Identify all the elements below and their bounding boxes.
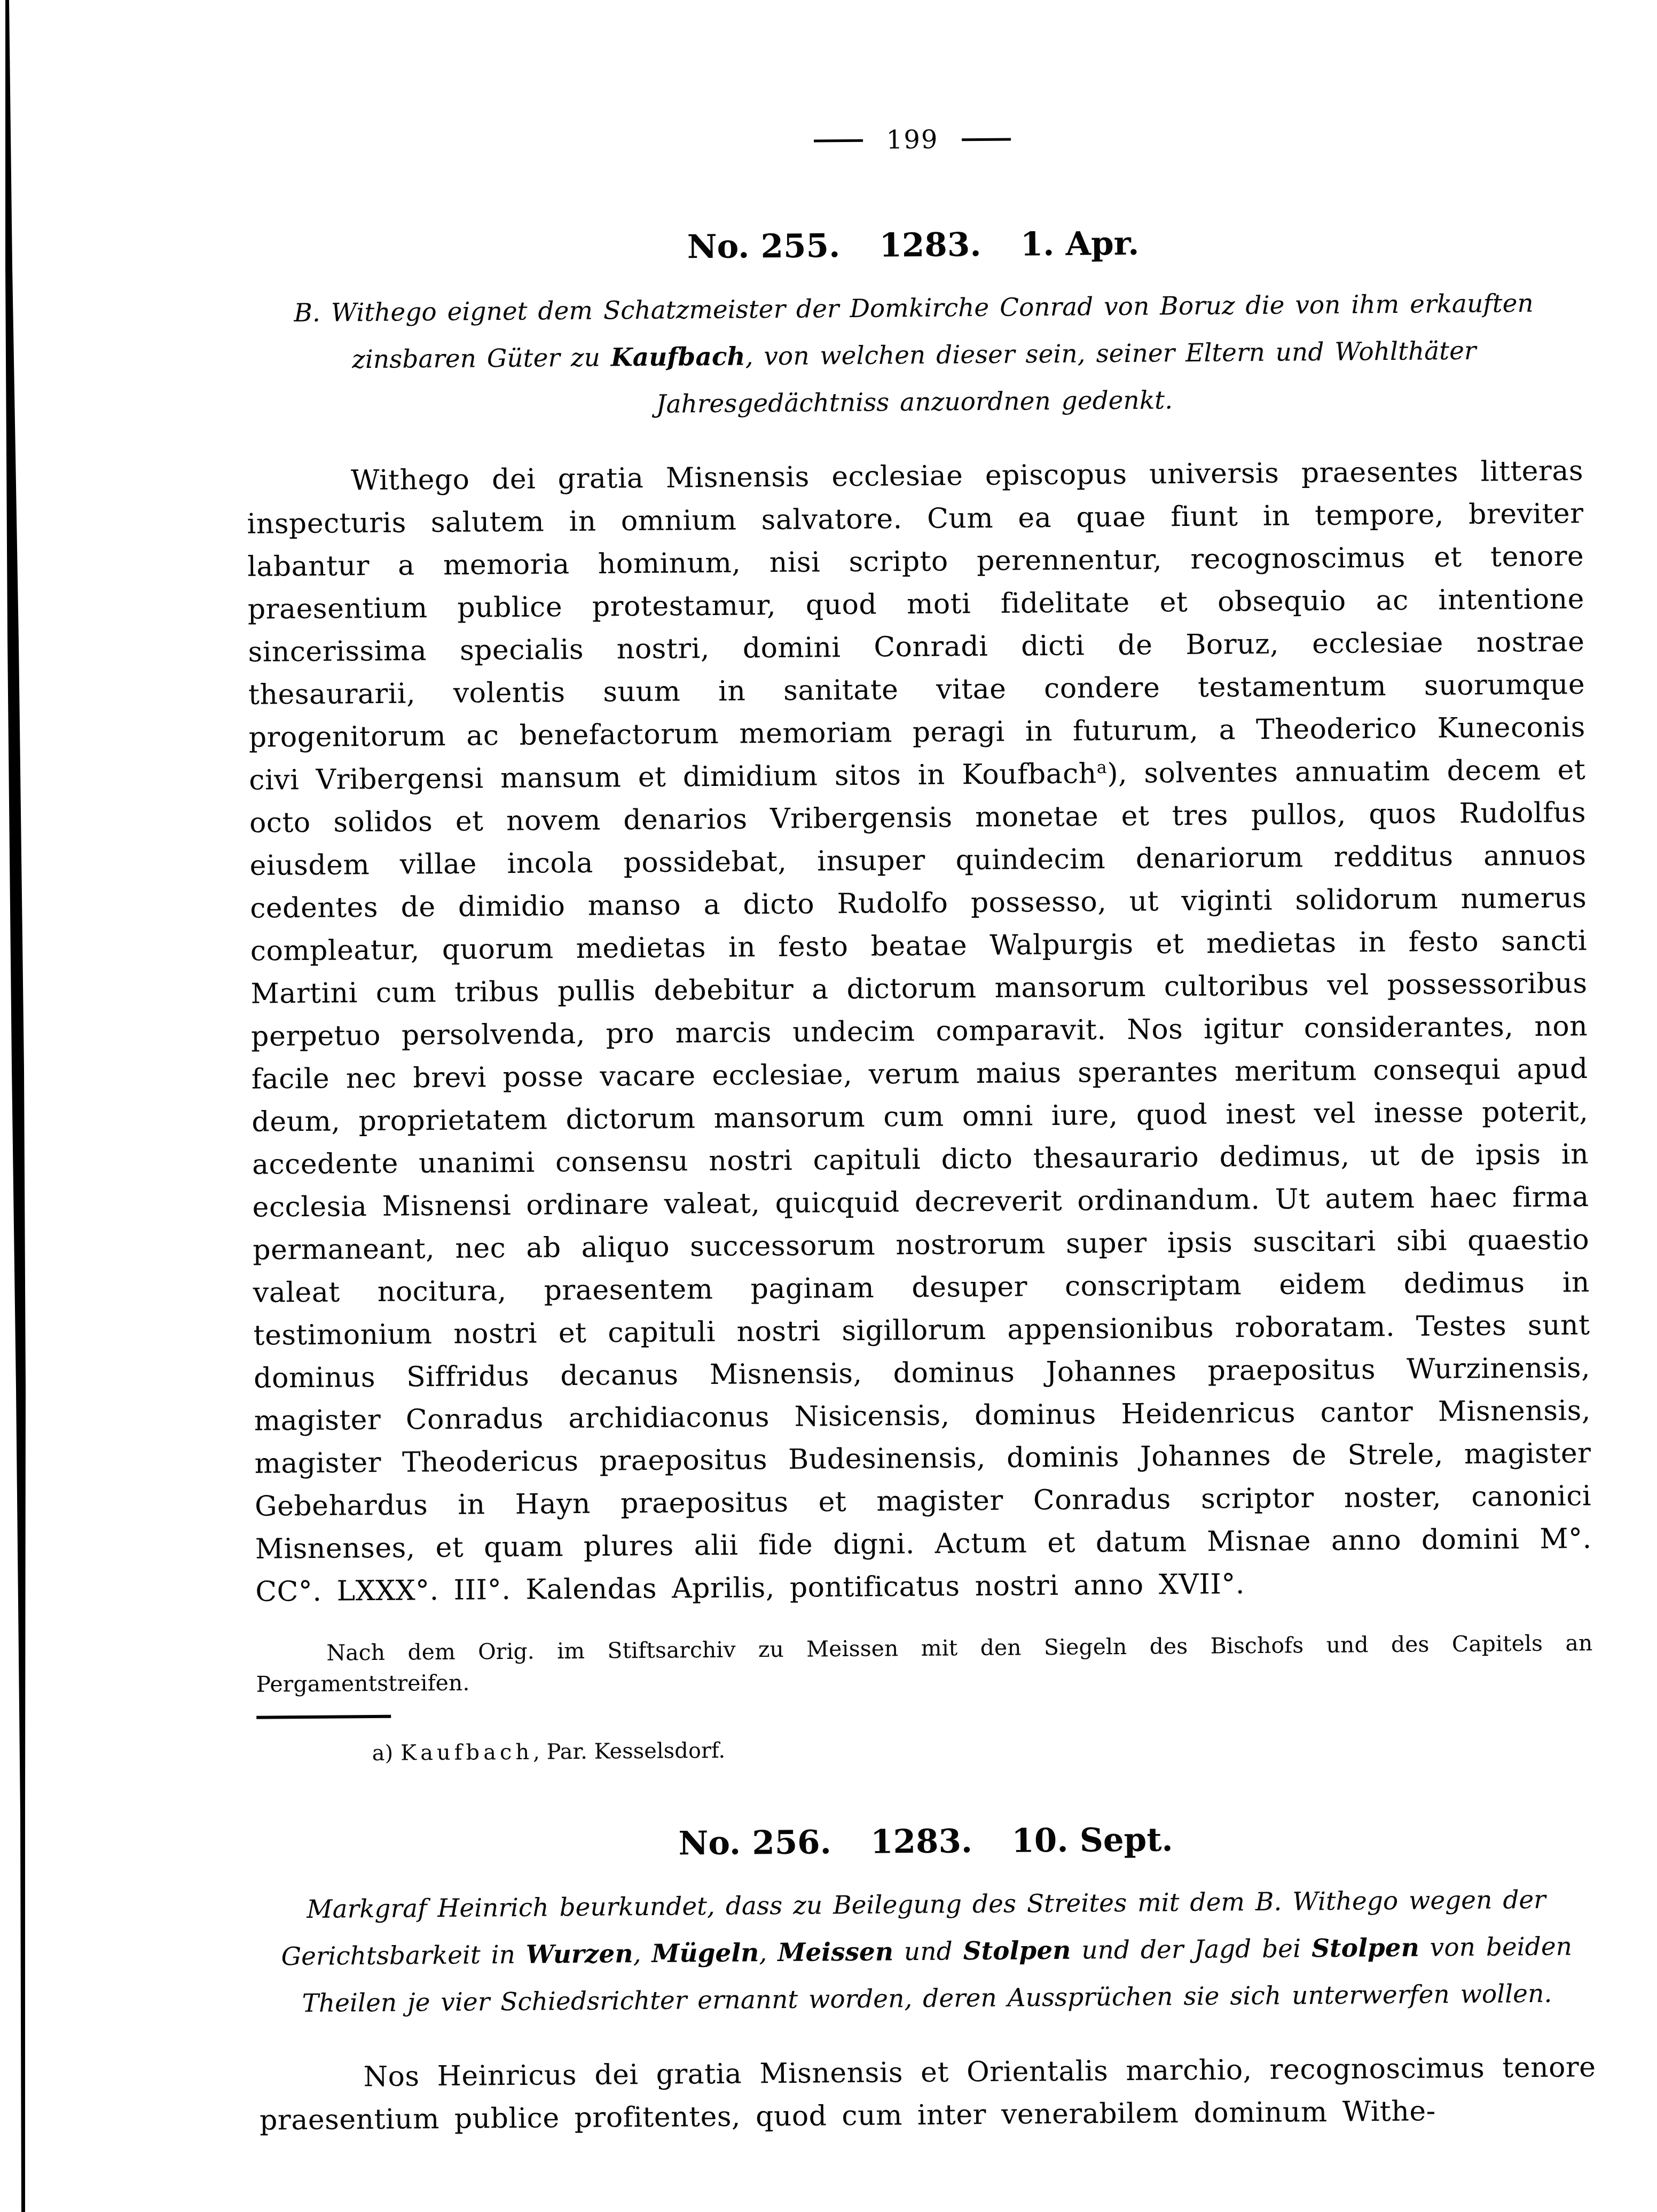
- charter-255-year: 1283.: [879, 226, 981, 264]
- charter-255-source-note: Nach dem Orig. im Stiftsarchiv zu Meisse…: [256, 1627, 1593, 1700]
- charter-255-heading: No. 255. 1283. 1. Apr.: [245, 223, 1581, 268]
- charter-256-heading: No. 256. 1283. 10. Sept.: [257, 1820, 1594, 1864]
- header-rule-left: [814, 139, 863, 142]
- page-content: 199 No. 255. 1283. 1. Apr. B. Withego ei…: [243, 0, 1596, 2142]
- book-page: 199 No. 255. 1283. 1. Apr. B. Withego ei…: [0, 0, 1657, 2212]
- charter-255-summary: B. Withego eignet dem Schatzmeister der …: [245, 280, 1583, 431]
- footnote-a-place: Kaufbach: [400, 1740, 533, 1766]
- header-rule-right: [962, 138, 1011, 141]
- page-header: 199: [244, 122, 1581, 158]
- charter-256-number: No. 256.: [678, 1823, 831, 1862]
- footnote-a-rest: , Par. Kesselsdorf.: [533, 1738, 725, 1765]
- footnote-a-marker: a): [372, 1741, 394, 1766]
- charter-256-year: 1283.: [870, 1822, 973, 1861]
- charter-255-text: Withego dei gratia Misnensis ecclesiae e…: [247, 450, 1592, 1613]
- footnote-a: a)Kaufbach, Par. Kesselsdorf.: [257, 1731, 1593, 1767]
- charter-255-number: No. 255.: [687, 227, 841, 266]
- charter-256: No. 256. 1283. 10. Sept. Markgraf Heinri…: [257, 1820, 1597, 2142]
- scan-gutter-artifact: [0, 0, 32, 2212]
- charter-255-date: 1. Apr.: [1020, 225, 1139, 264]
- charter-256-summary: Markgraf Heinrich beurkundet, dass zu Be…: [258, 1876, 1596, 2028]
- page-number: 199: [886, 127, 939, 153]
- footnote-separator-rule: [256, 1715, 391, 1719]
- charter-256-date: 10. Sept.: [1011, 1821, 1173, 1860]
- charter-255: No. 255. 1283. 1. Apr. B. Withego eignet…: [245, 223, 1593, 1767]
- charter-256-text: Nos Heinricus dei gratia Misnensis et Or…: [259, 2046, 1596, 2142]
